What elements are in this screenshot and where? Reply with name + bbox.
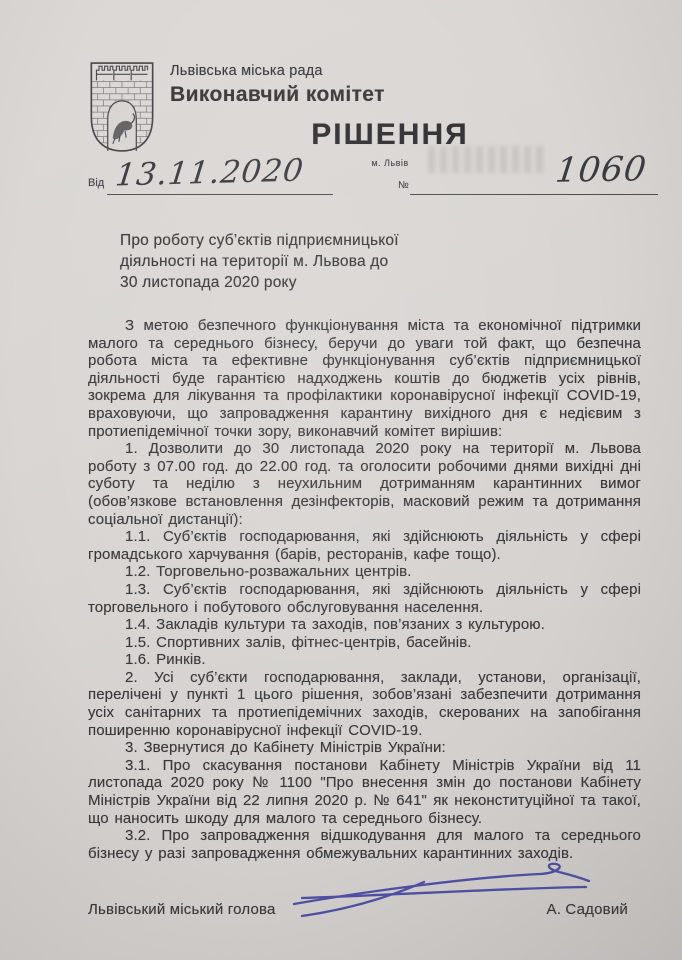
paragraph-item-1-2: 1.2. Торговельно-розважальних центрів. bbox=[88, 563, 641, 581]
paragraph-item-3: 3. Звернутися до Кабінету Міністрів Укра… bbox=[88, 739, 641, 757]
paragraph-item-1-4: 1.4. Закладів культури та заходів, пов’я… bbox=[88, 616, 641, 634]
handwritten-signature bbox=[272, 850, 606, 936]
paragraph-item-1-3: 1.3. Суб’єктів господарювання, які здійс… bbox=[88, 581, 641, 616]
subject-line: Про роботу суб’єктів підприємницької bbox=[120, 230, 456, 251]
paragraph-item-1-6: 1.6. Ринків. bbox=[88, 651, 641, 669]
paragraph-item-3-1: 3.1. Про скасування постанови Кабінету М… bbox=[88, 757, 641, 827]
subject-block: Про роботу суб’єктів підприємницької дія… bbox=[120, 230, 456, 293]
lviv-coat-of-arms-icon bbox=[88, 60, 156, 154]
stamp-ghost-bleedthrough bbox=[428, 146, 548, 173]
handwritten-date: 13.11.2020 bbox=[114, 153, 306, 194]
paragraph-item-1: 1. Дозволити до 30 листопада 2020 року н… bbox=[88, 440, 641, 528]
org-name: Львівська міська рада bbox=[170, 63, 385, 80]
org-block: Львівська міська рада Виконавчий комітет bbox=[170, 63, 385, 107]
org-subname: Виконавчий комітет bbox=[170, 83, 385, 107]
date-label: Від bbox=[88, 177, 104, 189]
paragraph-item-1-5: 1.5. Спортивних залів, фітнес-центрів, б… bbox=[88, 634, 641, 652]
decision-body: З метою безпечного функціонування міста … bbox=[88, 317, 641, 862]
paragraph-item-1-1: 1.1. Суб’єктів господарювання, які здійс… bbox=[88, 528, 641, 563]
paragraph-item-2: 2. Усі суб’єкти господарювання, заклади,… bbox=[88, 669, 641, 739]
subject-line: 30 листопада 2020 року bbox=[120, 272, 456, 293]
subject-line: діяльності на території м. Львова до bbox=[120, 251, 456, 272]
handwritten-number: 1060 bbox=[553, 149, 649, 191]
number-label: № bbox=[398, 180, 409, 191]
paragraph-preamble: З метою безпечного функціонування міста … bbox=[88, 317, 641, 440]
scanned-decision-document: Львівська міська рада Виконавчий комітет… bbox=[0, 0, 682, 960]
signatory-title: Львівський міський голова bbox=[88, 901, 276, 918]
